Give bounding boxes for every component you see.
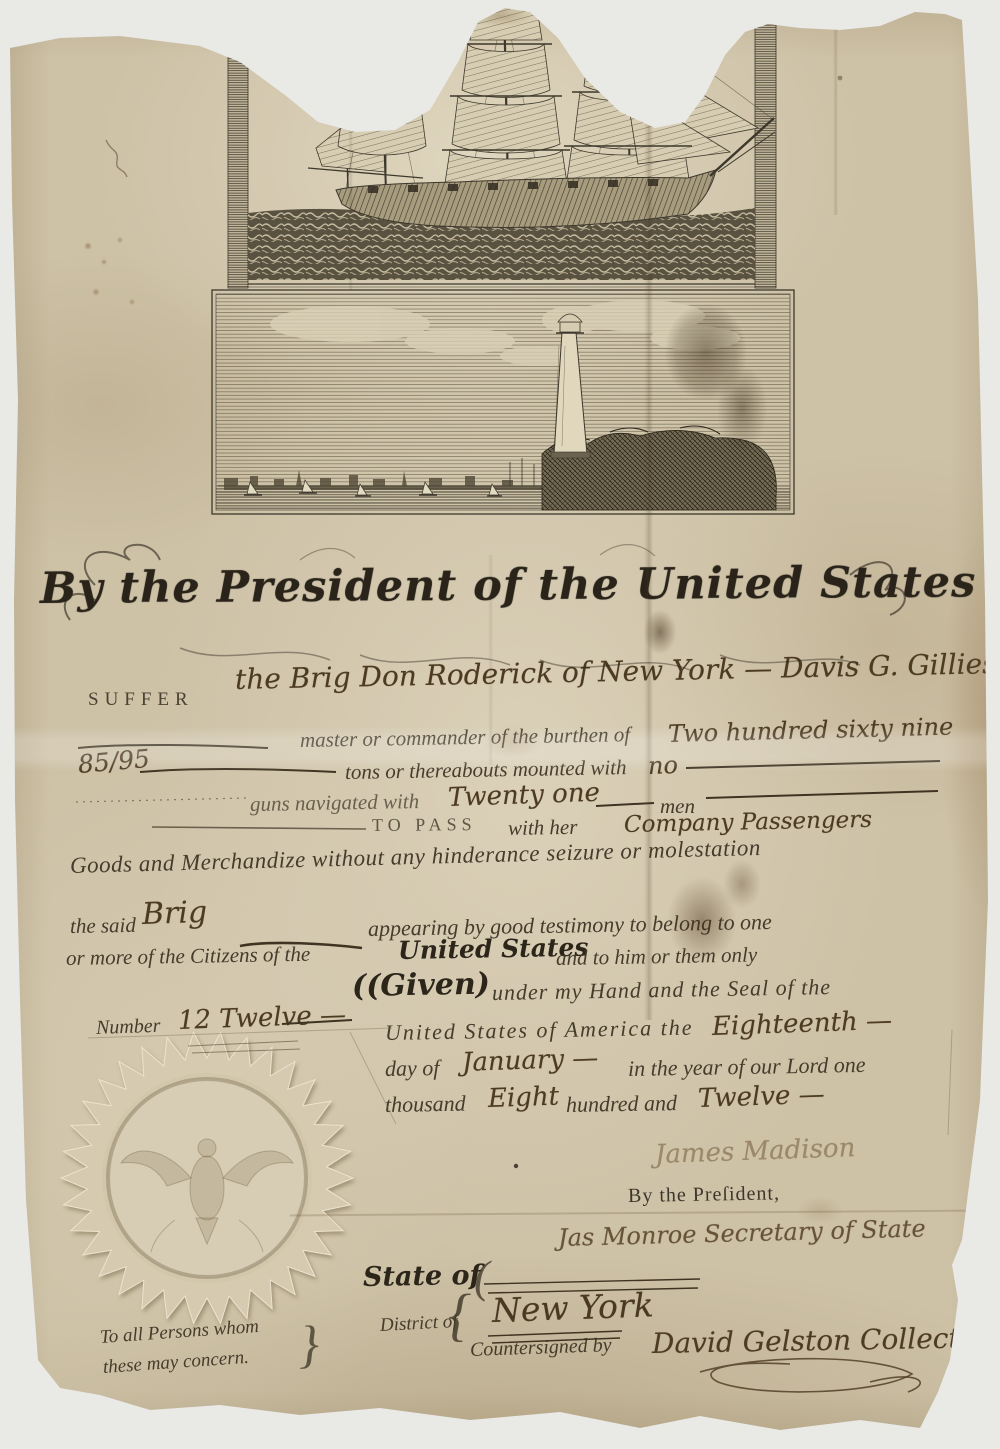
vertical-crease-left <box>348 40 353 290</box>
scan-light-band <box>0 726 1000 772</box>
parchment-sheet: By the President of the United States of… <box>0 0 1000 1449</box>
scanned-document-page: By the President of the United States of… <box>0 0 1000 1449</box>
ink-squiggle <box>106 140 127 177</box>
vertical-crease-main <box>644 40 653 1020</box>
collector-flourish <box>700 1359 920 1392</box>
filler-rules <box>76 745 940 1343</box>
ink-marks <box>0 0 1000 1449</box>
vertical-crease-right <box>833 15 838 215</box>
small-fleck <box>838 76 843 81</box>
header-flourishes <box>65 545 905 670</box>
ink-fleck <box>514 1164 518 1168</box>
pencil-guidelines <box>88 1028 952 1135</box>
